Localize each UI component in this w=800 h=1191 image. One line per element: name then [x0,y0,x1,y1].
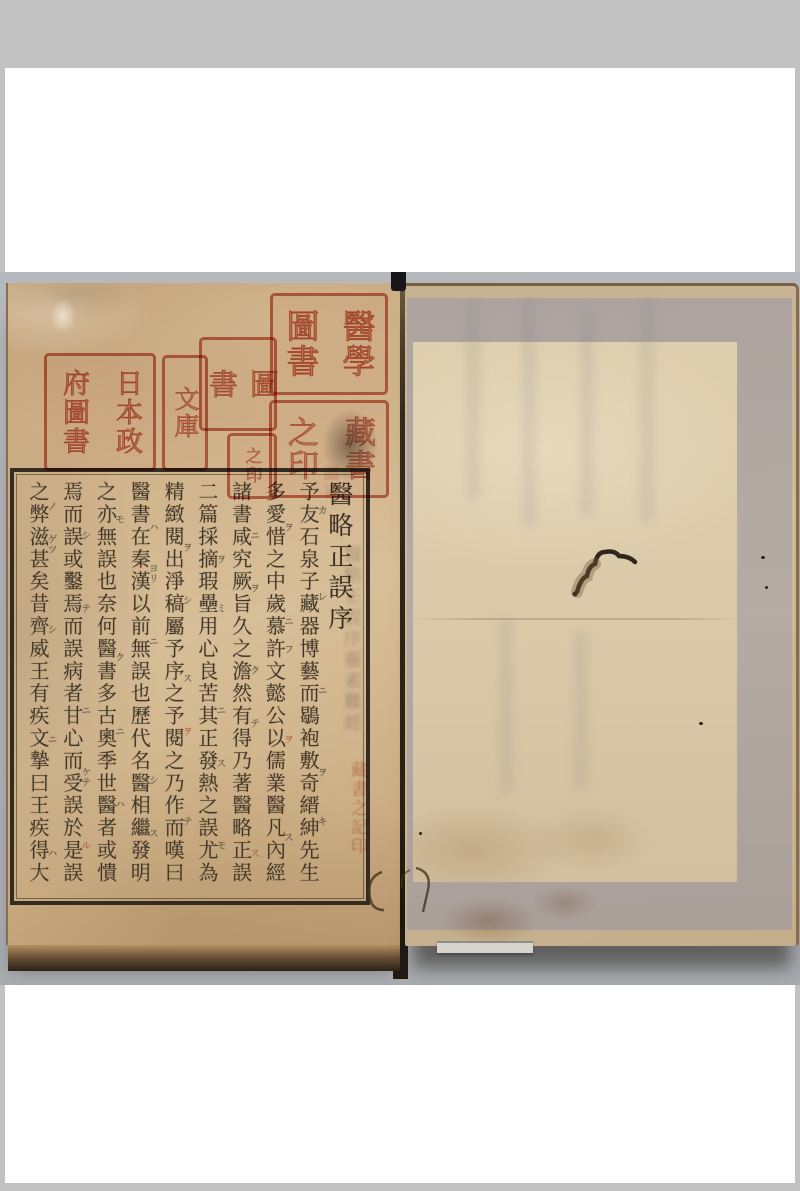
seal-characters: 藏書 [335,416,380,482]
kunten-gloss: ニ [43,734,58,744]
show-through-streak [467,300,479,500]
kunten-gloss: ス [178,673,193,683]
kunten-gloss: ヲ [178,542,193,552]
page-corner-curls [352,864,462,926]
kunten-gloss: ス [144,828,159,838]
worm-tear [563,530,643,604]
text-column: 焉而誤或鑿焉而誤病者甘心而受誤於是誤シテニケテル [57,481,87,889]
kunten-gloss: ケテ [77,767,92,787]
kunten-gloss: テ [178,816,193,826]
column-text: 二篇採摘瑕壘用心良苦其正發熱之誤尤為 [195,481,219,884]
column-text: 焉而誤或鑿焉而誤病者甘心而受誤於是誤 [60,481,84,884]
seal-characters: 之印 [240,447,265,485]
kunten-gloss: ス [279,832,294,842]
kunten-gloss: ニ [77,705,92,715]
scan-viewer: 醫略正誤序靈素難經 藏書之記印 圖書 醫略正誤序予友石泉子藏器博藝而鶡袍敷奇縉紳… [0,0,800,1191]
book-photograph: 醫略正誤序靈素難經 藏書之記印 圖書 醫略正誤序予友石泉子藏器博藝而鶡袍敷奇縉紳… [0,272,800,985]
seal-characters: 文庫 [167,386,203,440]
kunten-gloss: キ [313,816,328,826]
kunten-gloss: ク [246,665,261,675]
kunten-gloss: シ [77,530,92,540]
kunten-gloss: ク [111,652,126,662]
kunten-gloss: ヨリ [144,563,159,583]
text-column: 諸書咸究厥旨久之澹然有得乃著醫略正誤ニヲクテス [226,481,256,889]
kunten-gloss: ヲ [212,554,227,564]
kunten-gloss: ハ [111,799,126,809]
kunten-gloss: シ [178,595,193,605]
paper-chip [50,299,76,333]
kunten-gloss: ニ [144,636,159,646]
seal-characters: 圖書 [278,309,325,379]
kunten-gloss: ミ [212,603,227,613]
kunten-gloss: ヲ [313,767,328,777]
kunten-gloss: モ [212,840,227,850]
kunten-gloss: テ [77,603,92,613]
column-text: 諸書咸究厥旨久之澹然有得乃著醫略正誤 [229,481,253,884]
kunten-gloss: テ [246,718,261,728]
kunten-gloss: シ [43,624,58,634]
kunten-gloss: ハ [144,522,159,532]
left-page: 醫略正誤序靈素難經 藏書之記印 圖書 醫略正誤序予友石泉子藏器博藝而鶡袍敷奇縉紳… [6,283,400,945]
fold-crease [411,618,741,620]
kunten-gloss: ヲ [279,522,294,532]
kunten-gloss: レ [313,591,328,601]
kunten-gloss: シ [144,775,159,785]
speck [765,586,768,589]
small-inkan-seal: 之印 [227,433,277,499]
kunten-gloss: ゲツ [43,534,58,554]
kunten-gloss: ス [212,758,227,768]
kunten-gloss: ニ [212,705,227,715]
text-column: 精緻閱出淨稿屬予序之予閱之乃作而嘆曰ヲシスヲテ [158,481,188,889]
kunten-gloss: ニ [246,530,261,540]
column-text: 多愛惜之中歲慕許文懿公以儒業醫凡內經 [262,481,286,884]
seal-characters: 日本政 [107,369,146,456]
right-page [405,283,799,946]
text-column: 之弊滋甚矣昔齊威王有疾文摯曰王疾得大ノゲツシニハ [23,481,53,889]
show-through-streak [575,631,587,791]
library-seal-large-upper: 醫學圖書 [270,293,388,395]
kunten-gloss: ニ [111,726,126,736]
kunten-gloss: ル [77,840,92,850]
kunten-gloss: ノ [43,501,58,511]
kunten-gloss: ヲ [246,583,261,593]
bunko-seal: 文庫 [162,355,208,471]
tosho-seal: 圖書 [199,337,277,431]
seal-characters: 醫學 [334,309,381,379]
kunten-gloss: ヲ [279,734,294,744]
collection-seal-large-lower: 藏書之印 [269,400,389,498]
show-through-streak [500,616,512,796]
kunten-gloss: ヲ [178,726,193,736]
text-column: 二篇採摘瑕壘用心良苦其正發熱之誤尤為ヲミニスモ [192,481,222,889]
kunten-gloss: ス [246,848,261,858]
kunten-gloss: ハ [43,848,58,858]
speck [699,722,703,725]
seal-characters: 圖 [243,369,284,400]
nihon-seifu-tosho-seal: 日本政府圖書 [44,353,156,471]
blank-interleaf-sheet [413,342,737,882]
kunten-gloss: ニ [279,616,294,626]
text-column: 之亦無誤也奈何醫書多古奧季世醫者或憒モクニハ [91,481,121,889]
show-through-ghost-text: 醫略正誤序靈素難經 [338,545,364,780]
kunten-gloss: フ [279,644,294,654]
show-through-streak [523,296,535,526]
stain [533,886,597,920]
text-column: 多愛惜之中歲慕許文懿公以儒業醫凡內經ヲニフヲス [259,481,289,889]
text-column: 醫書在秦漢以前無誤也歷代名醫相繼發明ハヨリニシス [124,481,154,889]
speck [761,556,765,559]
show-through-streak [581,306,593,516]
show-through-streak [641,298,653,523]
column-text: 之亦無誤也奈何醫書多古奧季世醫者或憒 [94,481,118,884]
column-text: 醫書在秦漢以前無誤也歷代名醫相繼發明 [127,481,151,884]
seal-characters: 書 [202,369,243,400]
speck [419,832,422,835]
kunten-gloss: ニ [313,685,328,695]
spine-binding-top [391,272,406,291]
kunten-gloss: モ [111,514,126,524]
seal-characters: 之印 [278,416,323,482]
seal-characters: 府圖書 [54,369,93,456]
